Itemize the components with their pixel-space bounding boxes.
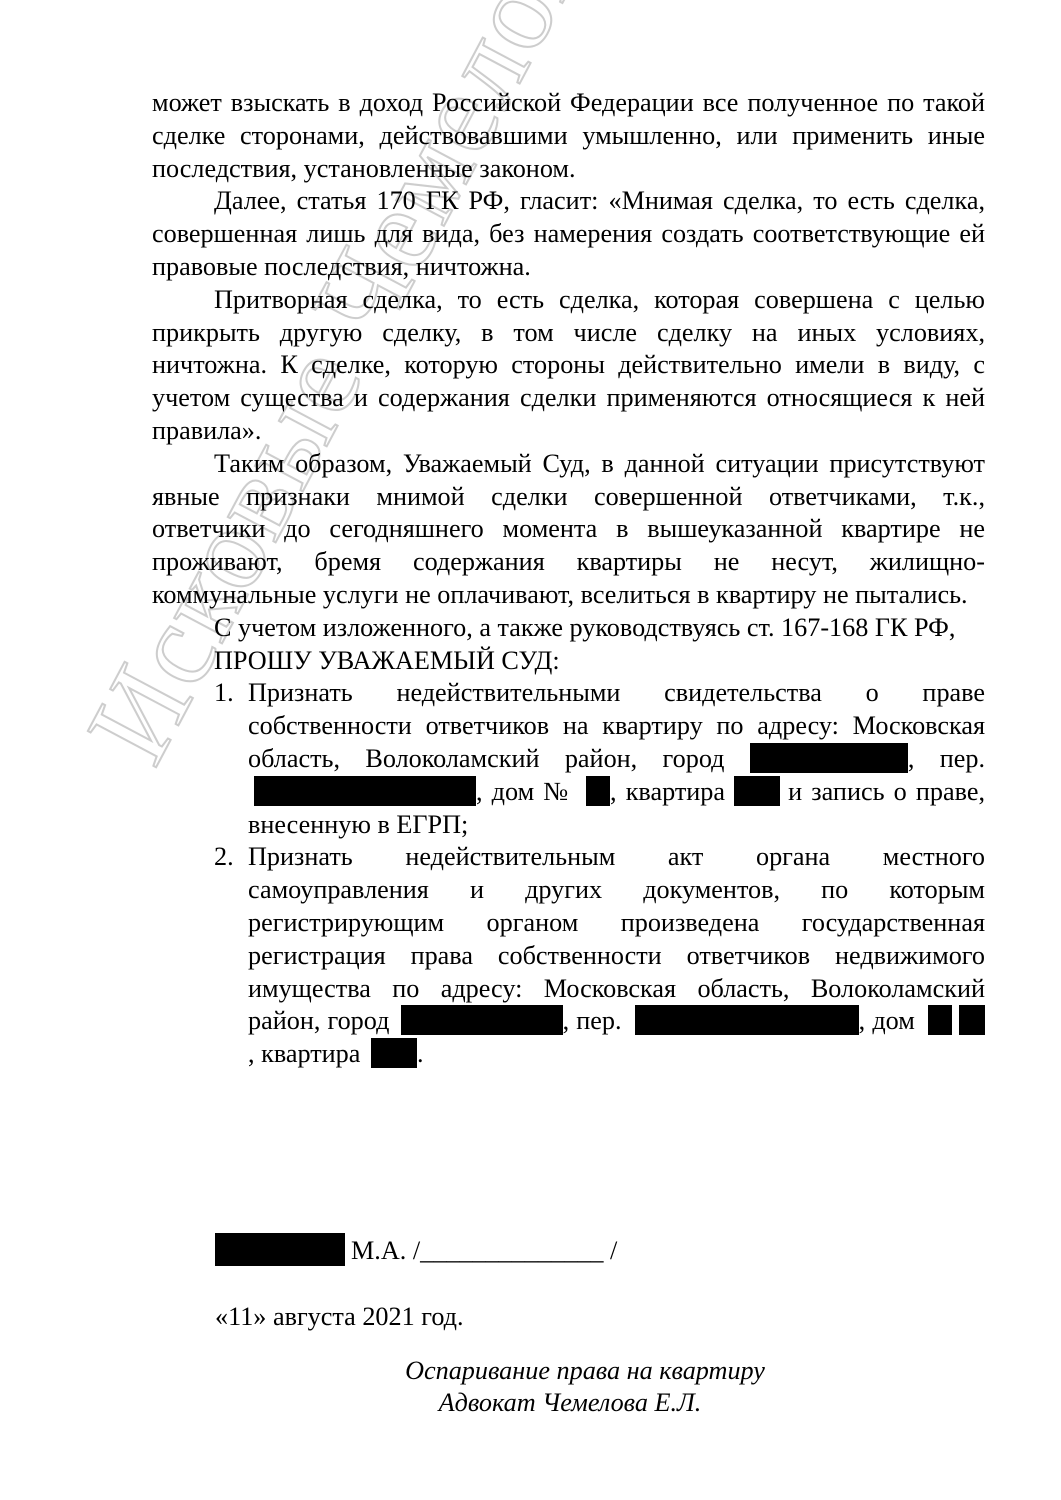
paragraph-4: Таким образом, Уважаемый Суд, в данной с…: [152, 448, 985, 612]
redacted-city: [750, 743, 908, 773]
redacted-house-number-cont: [959, 1005, 985, 1035]
request-number: 2.: [214, 841, 234, 874]
paragraph-3: Притворная сделка, то есть сделка, котор…: [152, 284, 985, 448]
redacted-house-number: [586, 776, 610, 806]
request-item-2: 2. Признать недействительным акт органа …: [152, 841, 985, 1071]
document-date: «11» августа 2021 год.: [215, 1301, 464, 1333]
paragraph-1: может взыскать в доход Российской Федера…: [152, 87, 985, 185]
request-item-1: 1. Признать недействительными свидетельс…: [152, 677, 985, 841]
request-text: , пер.: [563, 1006, 622, 1035]
request-text: , пер.: [908, 744, 985, 773]
signature-initials: М.А.: [351, 1236, 406, 1265]
footer-title: Оспаривание права на квартиру: [340, 1355, 800, 1387]
redacted-surname: [215, 1233, 345, 1266]
document-page: Исковые Чемелова Е.Л. может взыскать в д…: [0, 0, 1061, 1500]
redacted-street: [635, 1005, 859, 1035]
footer-author: Адвокат Чемелова Е.Л.: [340, 1387, 800, 1419]
request-text: .: [417, 1039, 424, 1068]
paragraph-2: Далее, статья 170 ГК РФ, гласит: «Мнимая…: [152, 185, 985, 283]
document-body: может взыскать в доход Российской Федера…: [152, 87, 985, 1071]
request-text: , квартира: [248, 1039, 360, 1068]
signature-line: М.А. /______________ /: [215, 1233, 617, 1267]
request-text: , дом: [859, 1006, 915, 1035]
signature-blank: /______________ /: [413, 1236, 617, 1265]
redacted-flat-number: [371, 1038, 417, 1068]
redacted-flat-number: [734, 776, 780, 806]
footer-caption: Оспаривание права на квартиру Адвокат Че…: [340, 1355, 800, 1419]
request-text: , дом №: [476, 777, 571, 806]
redacted-house-number: [928, 1005, 952, 1035]
request-list: 1. Признать недействительными свидетельс…: [152, 677, 985, 1071]
request-text: , квартира: [610, 777, 725, 806]
redacted-street: [254, 776, 476, 806]
request-title: ПРОШУ УВАЖАЕМЫЙ СУД:: [152, 645, 985, 678]
request-number: 1.: [214, 677, 234, 710]
paragraph-5: С учетом изложенного, а также руководств…: [152, 612, 985, 645]
redacted-city: [401, 1005, 563, 1035]
